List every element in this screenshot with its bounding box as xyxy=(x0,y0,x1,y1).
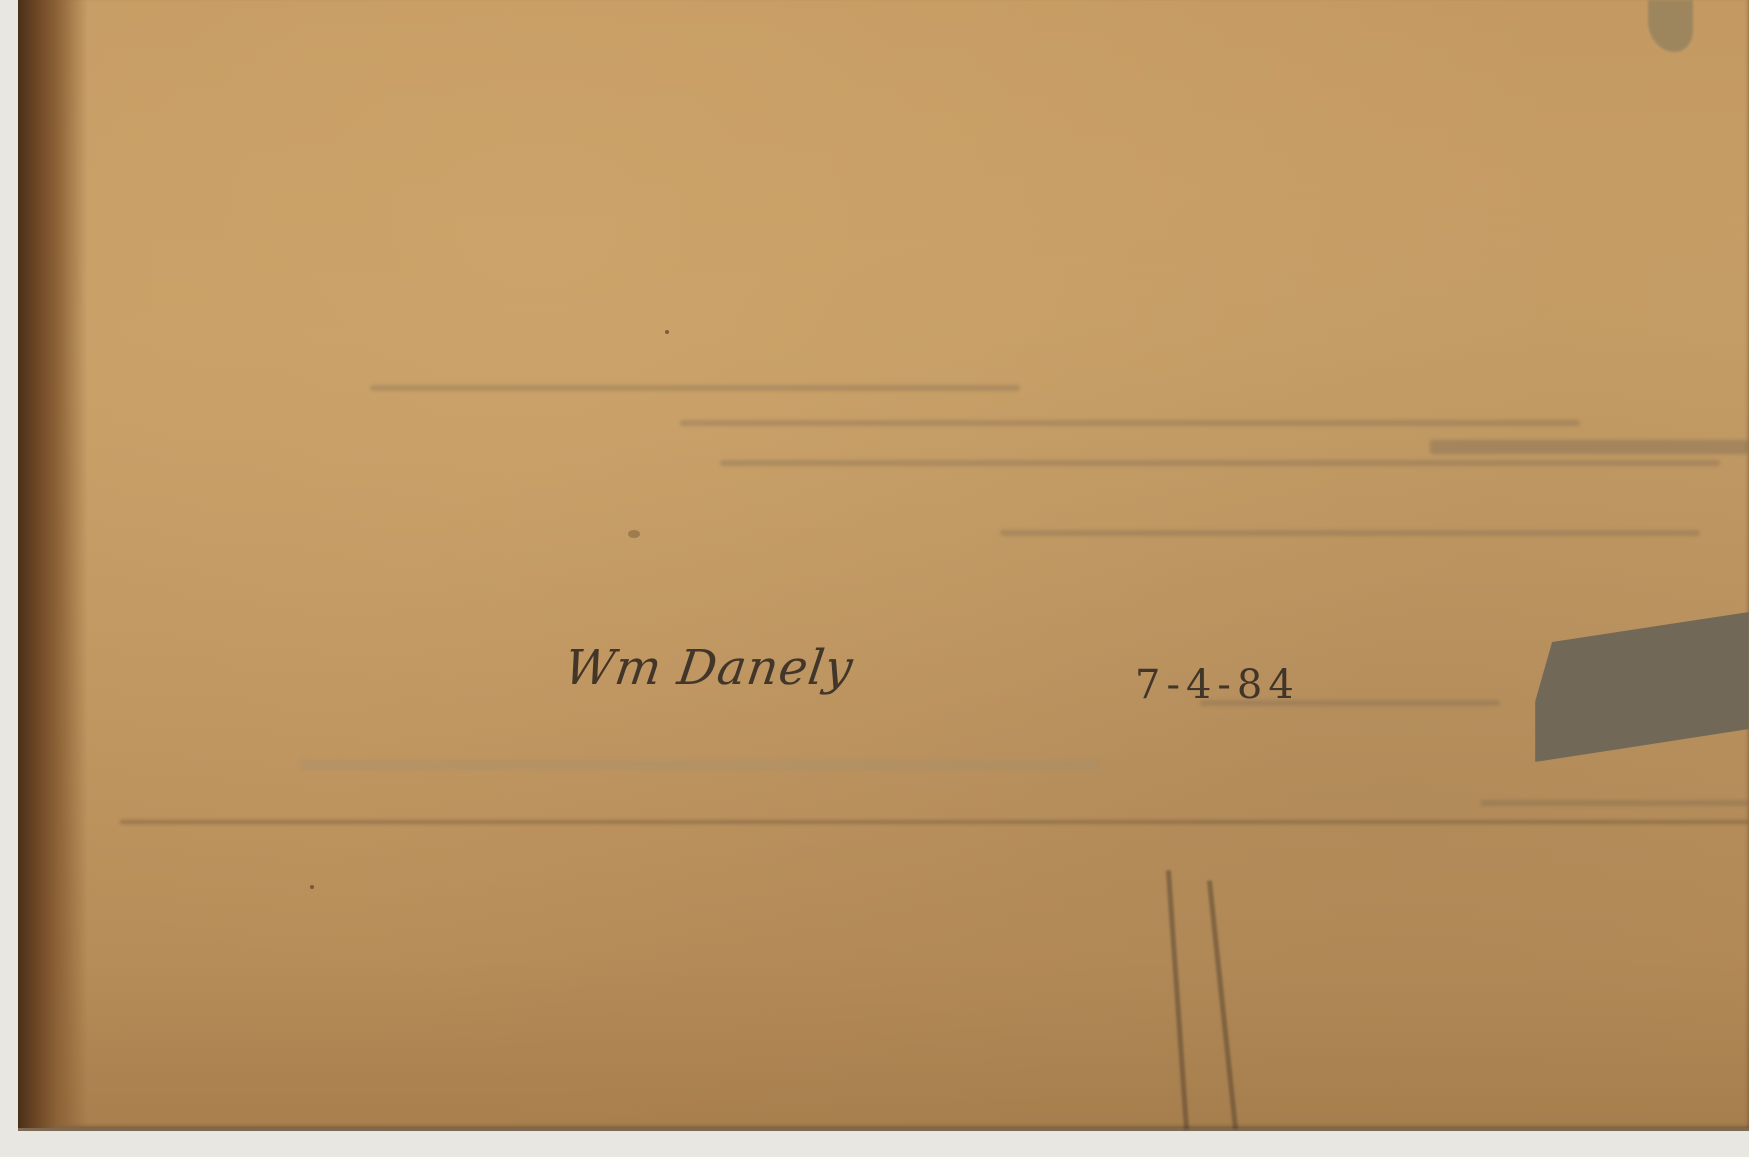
wash-stroke xyxy=(680,420,1580,426)
wash-stroke xyxy=(300,760,1100,770)
wash-stroke xyxy=(720,460,1720,466)
artist-signature: Wm Danely xyxy=(561,640,857,696)
wash-stroke xyxy=(370,385,1020,391)
wash-stroke xyxy=(1480,800,1749,806)
wash-stroke xyxy=(1000,530,1700,536)
artwork-date: 7-4-84 xyxy=(1135,662,1300,708)
wash-stroke xyxy=(120,820,1749,824)
paper-speck xyxy=(665,330,669,334)
wash-stroke xyxy=(1430,440,1749,454)
frame-left-edge xyxy=(18,0,88,1130)
paper-speck xyxy=(310,885,314,889)
paper-bottom-edge xyxy=(18,1128,1749,1131)
paper-speck xyxy=(628,530,640,538)
aged-paper xyxy=(18,0,1749,1130)
